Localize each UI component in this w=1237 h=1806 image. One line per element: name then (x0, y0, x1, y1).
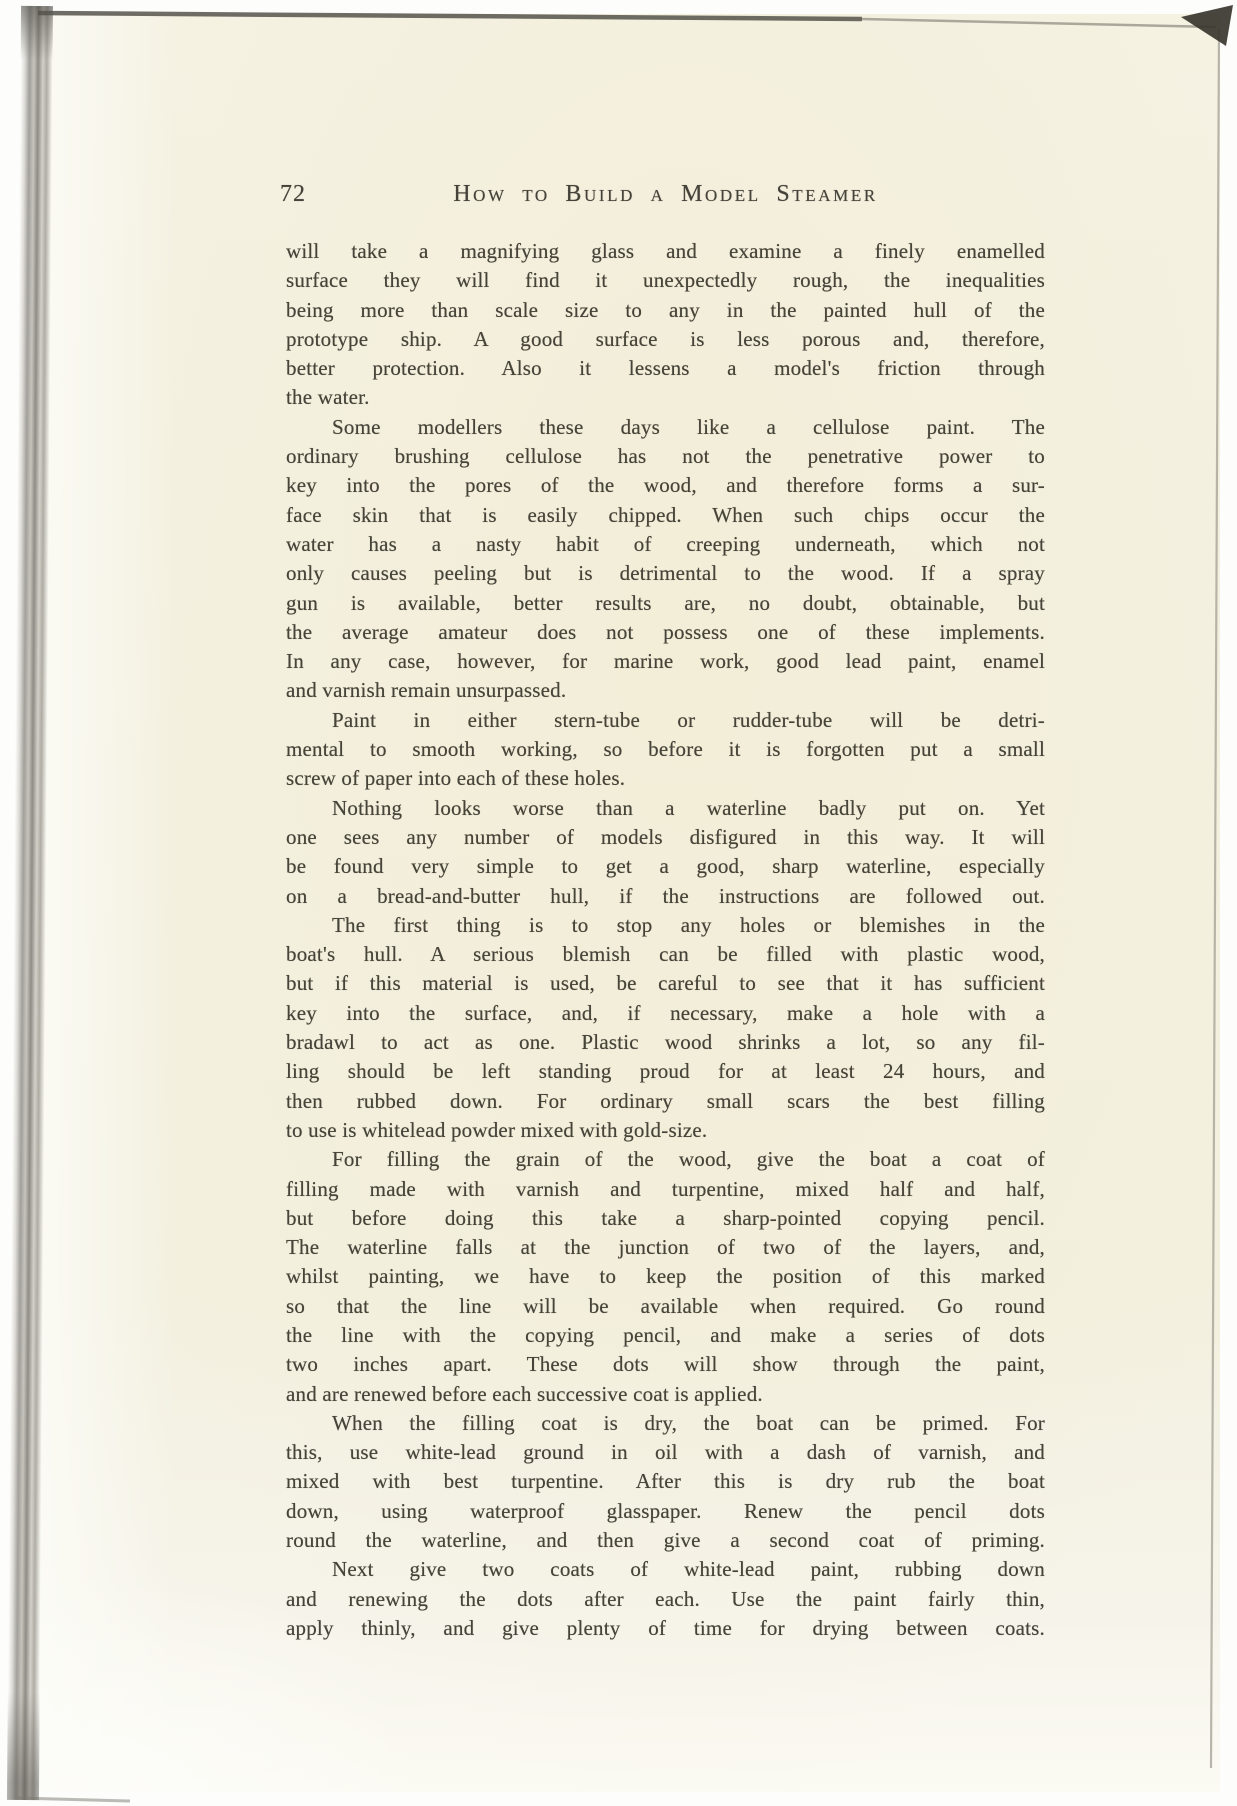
text-line: the average amateur does not possess one… (286, 618, 1045, 647)
text-line: For filling the grain of the wood, give … (286, 1145, 1045, 1174)
text-line: the line with the copying pencil, and ma… (286, 1321, 1045, 1350)
text-line: be found very simple to get a good, shar… (286, 852, 1045, 881)
text-line: screw of paper into each of these holes. (286, 764, 1045, 793)
text-line: but before doing this take a sharp-point… (286, 1204, 1045, 1233)
text-line: and are renewed before each successive c… (286, 1380, 1045, 1409)
text-line: mixed with best turpentine. After this i… (286, 1467, 1045, 1496)
text-line: The waterline falls at the junction of t… (286, 1233, 1045, 1262)
text-line: will take a magnifying glass and examine… (286, 237, 1045, 266)
text-line: The first thing is to stop any holes or … (286, 911, 1045, 940)
page-text: will take a magnifying glass and examine… (286, 237, 1045, 1643)
text-line: one sees any number of models disfigured… (286, 823, 1045, 852)
text-line: Paint in either stern-tube or rudder-tub… (286, 706, 1045, 735)
text-line: ordinary brushing cellulose has not the … (286, 442, 1045, 471)
text-line: on a bread-and-butter hull, if the instr… (286, 882, 1045, 911)
text-line: down, using waterproof glasspaper. Renew… (286, 1497, 1045, 1526)
text-line: prototype ship. A good surface is less p… (286, 325, 1045, 354)
text-line: surface they will find it unexpectedly r… (286, 266, 1045, 295)
text-line: face skin that is easily chipped. When s… (286, 501, 1045, 530)
text-line: Nothing looks worse than a waterline bad… (286, 794, 1045, 823)
text-line: being more than scale size to any in the… (286, 296, 1045, 325)
text-line: Next give two coats of white-lead paint,… (286, 1555, 1045, 1584)
scanned-book-page: { "page": { "number": "72", "header_titl… (0, 0, 1237, 1806)
text-line: round the waterline, and then give a sec… (286, 1526, 1045, 1555)
text-line: When the filling coat is dry, the boat c… (286, 1409, 1045, 1438)
text-line: only causes peeling but is detrimental t… (286, 559, 1045, 588)
text-line: mental to smooth working, so before it i… (286, 735, 1045, 764)
text-line: and varnish remain unsurpassed. (286, 676, 1045, 705)
text-line: this, use white-lead ground in oil with … (286, 1438, 1045, 1467)
text-line: gun is available, better results are, no… (286, 589, 1045, 618)
text-line: but if this material is used, be careful… (286, 969, 1045, 998)
text-line: Some modellers these days like a cellulo… (286, 413, 1045, 442)
paragraph: When the filling coat is dry, the boat c… (286, 1409, 1045, 1555)
paragraph: Paint in either stern-tube or rudder-tub… (286, 706, 1045, 794)
paragraph: will take a magnifying glass and examine… (286, 237, 1045, 413)
text-line: apply thinly, and give plenty of time fo… (286, 1614, 1045, 1643)
paragraph: The first thing is to stop any holes or … (286, 911, 1045, 1145)
text-line: bradawl to act as one. Plastic wood shri… (286, 1028, 1045, 1057)
text-line: the water. (286, 383, 1045, 412)
paragraph: For filling the grain of the wood, give … (286, 1145, 1045, 1409)
paragraph: Next give two coats of white-lead paint,… (286, 1555, 1045, 1643)
text-line: In any case, however, for marine work, g… (286, 647, 1045, 676)
text-line: then rubbed down. For ordinary small sca… (286, 1087, 1045, 1116)
page-header: 72 How to Build a Model Steamer (286, 181, 1045, 213)
text-line: so that the line will be available when … (286, 1292, 1045, 1321)
text-line: key into the pores of the wood, and ther… (286, 471, 1045, 500)
text-line: better protection. Also it lessens a mod… (286, 354, 1045, 383)
paragraph: Some modellers these days like a cellulo… (286, 413, 1045, 706)
text-line: boat's hull. A serious blemish can be fi… (286, 940, 1045, 969)
text-line: two inches apart. These dots will show t… (286, 1350, 1045, 1379)
running-header-title: How to Build a Model Steamer (286, 181, 1045, 208)
text-line: ling should be left standing proud for a… (286, 1057, 1045, 1086)
paragraph: Nothing looks worse than a waterline bad… (286, 794, 1045, 911)
text-line: filling made with varnish and turpentine… (286, 1175, 1045, 1204)
text-line: whilst painting, we have to keep the pos… (286, 1262, 1045, 1291)
text-line: key into the surface, and, if necessary,… (286, 999, 1045, 1028)
page-number: 72 (280, 181, 306, 208)
text-line: water has a nasty habit of creeping unde… (286, 530, 1045, 559)
text-line: and renewing the dots after each. Use th… (286, 1585, 1045, 1614)
text-line: to use is whitelead powder mixed with go… (286, 1116, 1045, 1145)
